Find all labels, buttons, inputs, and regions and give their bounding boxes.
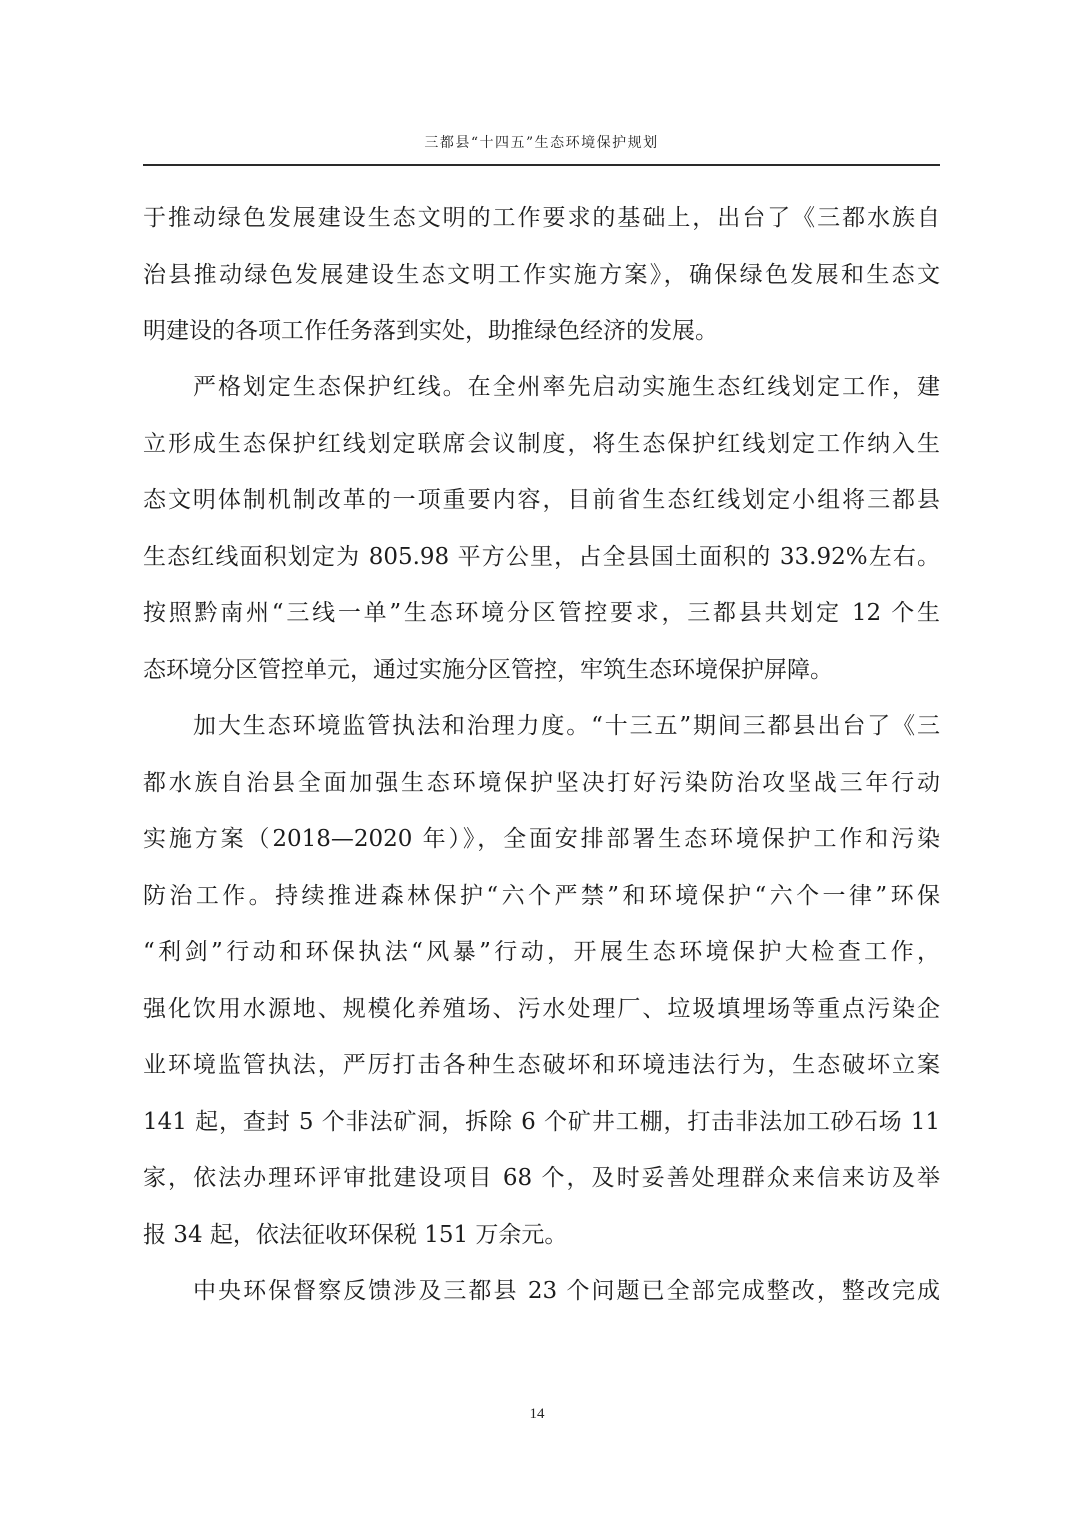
text-line: 都水族自治县全面加强生态环境保护坚决打好污染防治攻坚战三年行动 <box>143 763 940 803</box>
text-line: 报 34 起，依法征收环保税 151 万余元。 <box>143 1215 940 1255</box>
text-line: 家，依法办理环评审批建设项目 68 个，及时妥善处理群众来信来访及举 <box>143 1158 940 1198</box>
text-line: 立形成生态保护红线划定联席会议制度，将生态保护红线划定工作纳入生 <box>143 424 940 464</box>
header-divider <box>143 164 940 166</box>
running-header: 三都县“十四五”生态环境保护规划 <box>143 134 940 152</box>
page-number: 14 <box>0 1406 1074 1423</box>
text-line: 严格划定生态保护红线。在全州率先启动实施生态红线划定工作，建 <box>193 367 940 407</box>
text-line: 于推动绿色发展建设生态文明的工作要求的基础上，出台了《三都水族自 <box>143 198 940 238</box>
text-line: 业环境监管执法，严厉打击各种生态破坏和环境违法行为，生态破坏立案 <box>143 1045 940 1085</box>
text-line: 治县推动绿色发展建设生态文明工作实施方案》，确保绿色发展和生态文 <box>143 255 940 295</box>
text-line: 按照黔南州“三线一单”生态环境分区管控要求，三都县共划定 12 个生 <box>143 593 940 633</box>
text-line: “利剑”行动和环保执法“风暴”行动，开展生态环境保护大检查工作， <box>143 932 940 972</box>
text-line: 加大生态环境监管执法和治理力度。“十三五”期间三都县出台了《三 <box>193 706 940 746</box>
text-line: 生态红线面积划定为 805.98 平方公里，占全县国土面积的 33.92%左右。 <box>143 537 940 577</box>
text-line: 防治工作。持续推进森林保护“六个严禁”和环境保护“六个一律”环保 <box>143 876 940 916</box>
text-line: 态环境分区管控单元，通过实施分区管控，牢筑生态环境保护屏障。 <box>143 650 940 690</box>
text-line: 141 起，查封 5 个非法矿洞，拆除 6 个矿井工棚，打击非法加工砂石场 11 <box>143 1102 940 1142</box>
text-line: 实施方案（2018—2020 年）》，全面安排部署生态环境保护工作和污染 <box>143 819 940 859</box>
text-line: 强化饮用水源地、规模化养殖场、污水处理厂、垃圾填埋场等重点污染企 <box>143 989 940 1029</box>
text-line: 明建设的各项工作任务落到实处，助推绿色经济的发展。 <box>143 311 940 351</box>
document-page: 三都县“十四五”生态环境保护规划 于推动绿色发展建设生态文明的工作要求的基础上，… <box>0 0 1074 1520</box>
text-line: 中央环保督察反馈涉及三都县 23 个问题已全部完成整改，整改完成 <box>193 1271 940 1311</box>
text-line: 态文明体制机制改革的一项重要内容，目前省生态红线划定小组将三都县 <box>143 480 940 520</box>
